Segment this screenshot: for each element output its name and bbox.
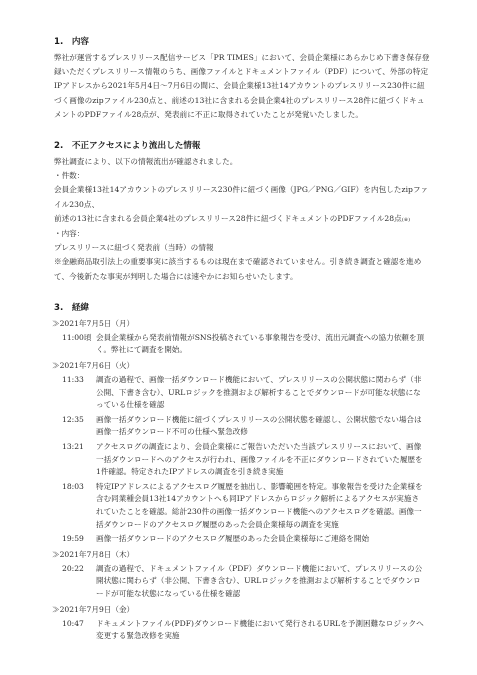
section-leaked-info: 2. 不正アクセスにより流出した情報 弊社調査により、以下の情報流出が確認されま… [54, 140, 432, 284]
note-marker: (※) [402, 217, 410, 223]
timeline-time: 20:22 [54, 563, 96, 601]
section-1-title: 1. 内容 [54, 36, 432, 48]
timeline-date: ≫2021年7月5日（月） [52, 317, 432, 331]
section-2-intro: 弊社調査により、以下の情報流出が確認されました。 [54, 155, 432, 169]
timeline-entry: 12:35 画像一括ダウンロード機能に紐づくプレスリリースの公開状態を確認し、公… [54, 414, 432, 439]
timeline-entry: 11:33 調査の過程で、画像一括ダウンロード機能において、プレスリリースの公開… [54, 374, 432, 412]
timeline-text: ドキュメントファイル(PDF)ダウンロード機能において発行されるURLを予測困難… [96, 618, 432, 643]
timeline-date: ≫2021年7月6日（火） [52, 359, 432, 373]
timeline-entry: 18:03 特定IPアドレスによるアクセスログ履歴を抽出し、影響範囲を特定。事象… [54, 481, 432, 531]
timeline-entry: 13:21 アクセスログの調査により、会員企業様にご報告いただいた当該プレスリリ… [54, 441, 432, 479]
timeline-text: 画像一括ダウンロードのアクセスログ履歴のあった会員企業様毎にご連絡を開始 [96, 533, 432, 546]
timeline-text: 調査の過程で、画像一括ダウンロード機能において、プレスリリースの公開状態に関わら… [96, 374, 432, 412]
section-3-title: 3. 経緯 [54, 302, 432, 314]
timeline-text: 会員企業様から発表前情報がSNS投稿されている事象報告を受け、流出元調査への協力… [96, 332, 432, 357]
timeline-time: 18:03 [54, 481, 96, 531]
timeline-text: アクセスログの調査により、会員企業様にご報告いただいた当該プレスリリースにおいて… [96, 441, 432, 479]
timeline-time: 11:33 [54, 374, 96, 412]
count-item-pdf: 前述の13社に含まれる会員企業4社のプレスリリース28件に紐づくドキュメントのP… [54, 212, 432, 227]
timeline-entry: 11:00頃 会員企業様から発表前情報がSNS投稿されている事象報告を受け、流出… [54, 332, 432, 357]
section-2-title: 2. 不正アクセスにより流出した情報 [54, 140, 432, 152]
timeline-time: 12:35 [54, 414, 96, 439]
section-timeline: 3. 経緯 ≫2021年7月5日（月） 11:00頃 会員企業様から発表前情報が… [54, 302, 432, 643]
section-content: 1. 内容 弊社が運営するプレスリリース配信サービス「PR TIMES」において… [54, 36, 432, 122]
section-2-note: ※金融商品取引法上の重要事実に該当するものは現在まで確認されていません。引き続き… [54, 255, 432, 283]
timeline-time: 10:47 [54, 618, 96, 643]
timeline-text: 特定IPアドレスによるアクセスログ履歴を抽出し、影響範囲を特定。事象報告を受けた… [96, 481, 432, 531]
count-item-pdf-text: 前述の13社に含まれる会員企業4社のプレスリリース28件に紐づくドキュメントのP… [54, 214, 402, 223]
timeline-entry: 20:22 調査の過程で、ドキュメントファイル（PDF）ダウンロード機能において… [54, 563, 432, 601]
timeline-text: 画像一括ダウンロード機能に紐づくプレスリリースの公開状態を確認し、公開状態でない… [96, 414, 432, 439]
timeline-date: ≫2021年7月8日（木） [52, 548, 432, 562]
timeline-date: ≫2021年7月9日（金） [52, 603, 432, 617]
count-label: ・件数： [54, 169, 432, 183]
count-item-images: 会員企業様13社14アカウントのプレスリリース230件に紐づく画像（JPG／PN… [54, 183, 432, 211]
timeline-time: 13:21 [54, 441, 96, 479]
document-page: 1. 内容 弊社が運営するプレスリリース配信サービス「PR TIMES」において… [54, 36, 432, 661]
content-label: ・内容： [54, 227, 432, 241]
timeline-time: 19:59 [54, 533, 96, 546]
timeline-entry: 10:47 ドキュメントファイル(PDF)ダウンロード機能において発行されるUR… [54, 618, 432, 643]
timeline-entry: 19:59 画像一括ダウンロードのアクセスログ履歴のあった会員企業様毎にご連絡を… [54, 533, 432, 546]
timeline-text: 調査の過程で、ドキュメントファイル（PDF）ダウンロード機能において、プレスリリ… [96, 563, 432, 601]
timeline-time: 11:00頃 [54, 332, 96, 357]
section-1-body: 弊社が運営するプレスリリース配信サービス「PR TIMES」において、会員企業様… [54, 51, 432, 122]
content-item: プレスリリースに紐づく発表前（当時）の情報 [54, 241, 432, 255]
